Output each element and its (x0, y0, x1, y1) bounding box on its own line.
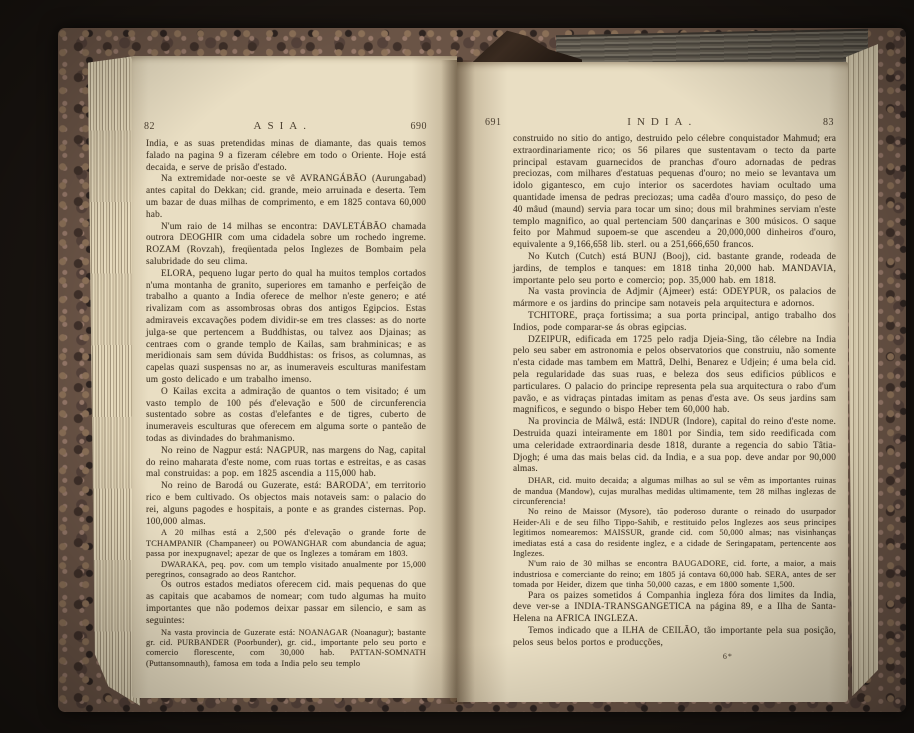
paragraph: Na vasta provincia de Guzerate está: NOA… (146, 628, 426, 670)
paragraph: No reino de Nagpur está: NAGPUR, nas mar… (146, 446, 426, 481)
paragraph: No reino de Barodá ou Guzerate, está: BA… (146, 481, 426, 528)
left-page-number: 82 (144, 121, 155, 132)
photo-background: 82 ASIA. 690 India, e as suas pretendida… (0, 0, 914, 733)
left-page: 82 ASIA. 690 India, e as suas pretendida… (132, 56, 457, 698)
left-signature-number: 690 (410, 121, 427, 132)
signature-mark: 6* (723, 652, 848, 661)
paragraph: ELORA, pequeno lugar perto do qual ha mu… (146, 269, 426, 387)
paragraph: DHAR, cid. muito decaida; a algumas milh… (513, 476, 836, 507)
paragraph: construido no sitio do antigo, destruido… (513, 134, 836, 252)
paragraph: India, e as suas pretendidas minas de di… (146, 139, 426, 174)
paragraph: Na vasta provincia de Adjmir (Ajmeer) es… (513, 287, 836, 311)
paragraph: No reino de Maissor (Mysore), tão podero… (513, 507, 836, 559)
paragraph: Os outros estados mediatos oferecem cid.… (146, 580, 426, 627)
left-running-title: ASIA. (254, 120, 312, 132)
left-page-header: 82 ASIA. 690 (144, 120, 427, 132)
right-page-number: 83 (823, 117, 834, 128)
paragraph: Na provincia de Málwâ, está: INDUR (Indo… (513, 417, 836, 476)
right-page: 691 INDIA. 83 construido no sitio do ant… (457, 62, 848, 702)
paragraph: DWARAKA, peq. pov. com um templo visitad… (146, 560, 426, 581)
paragraph: Temos indicado que a ILHA de CEILÃO, tão… (513, 626, 836, 650)
paragraph: A 20 milhas está a 2,500 pés d'elevação … (146, 528, 426, 559)
paragraph: Para os paizes sometidos á Companhia ing… (513, 591, 836, 626)
paragraph: No Kutch (Cutch) está BUNJ (Booj), cid. … (513, 252, 836, 287)
paragraph: TCHITORE, praça fortissima; a sua porta … (513, 311, 836, 335)
left-page-text: India, e as suas pretendidas minas de di… (146, 139, 426, 669)
right-signature-number: 691 (485, 117, 502, 128)
right-page-text: construido no sitio do antigo, destruido… (513, 134, 836, 650)
right-page-header: 691 INDIA. 83 (485, 116, 834, 128)
paragraph: DZEIPUR, edificada em 1725 pelo radja Dj… (513, 335, 836, 418)
paragraph: N'um raio de 14 milhas se encontra: DAVL… (146, 222, 426, 269)
paragraph: N'um raio de 30 milhas se encontra BAUGA… (513, 559, 836, 590)
paragraph: O Kailas excita a admiração de quantos o… (146, 387, 426, 446)
paragraph: Na extremidade nor-oeste se vê AVRANGÁBÃ… (146, 174, 426, 221)
right-running-title: INDIA. (627, 116, 697, 128)
